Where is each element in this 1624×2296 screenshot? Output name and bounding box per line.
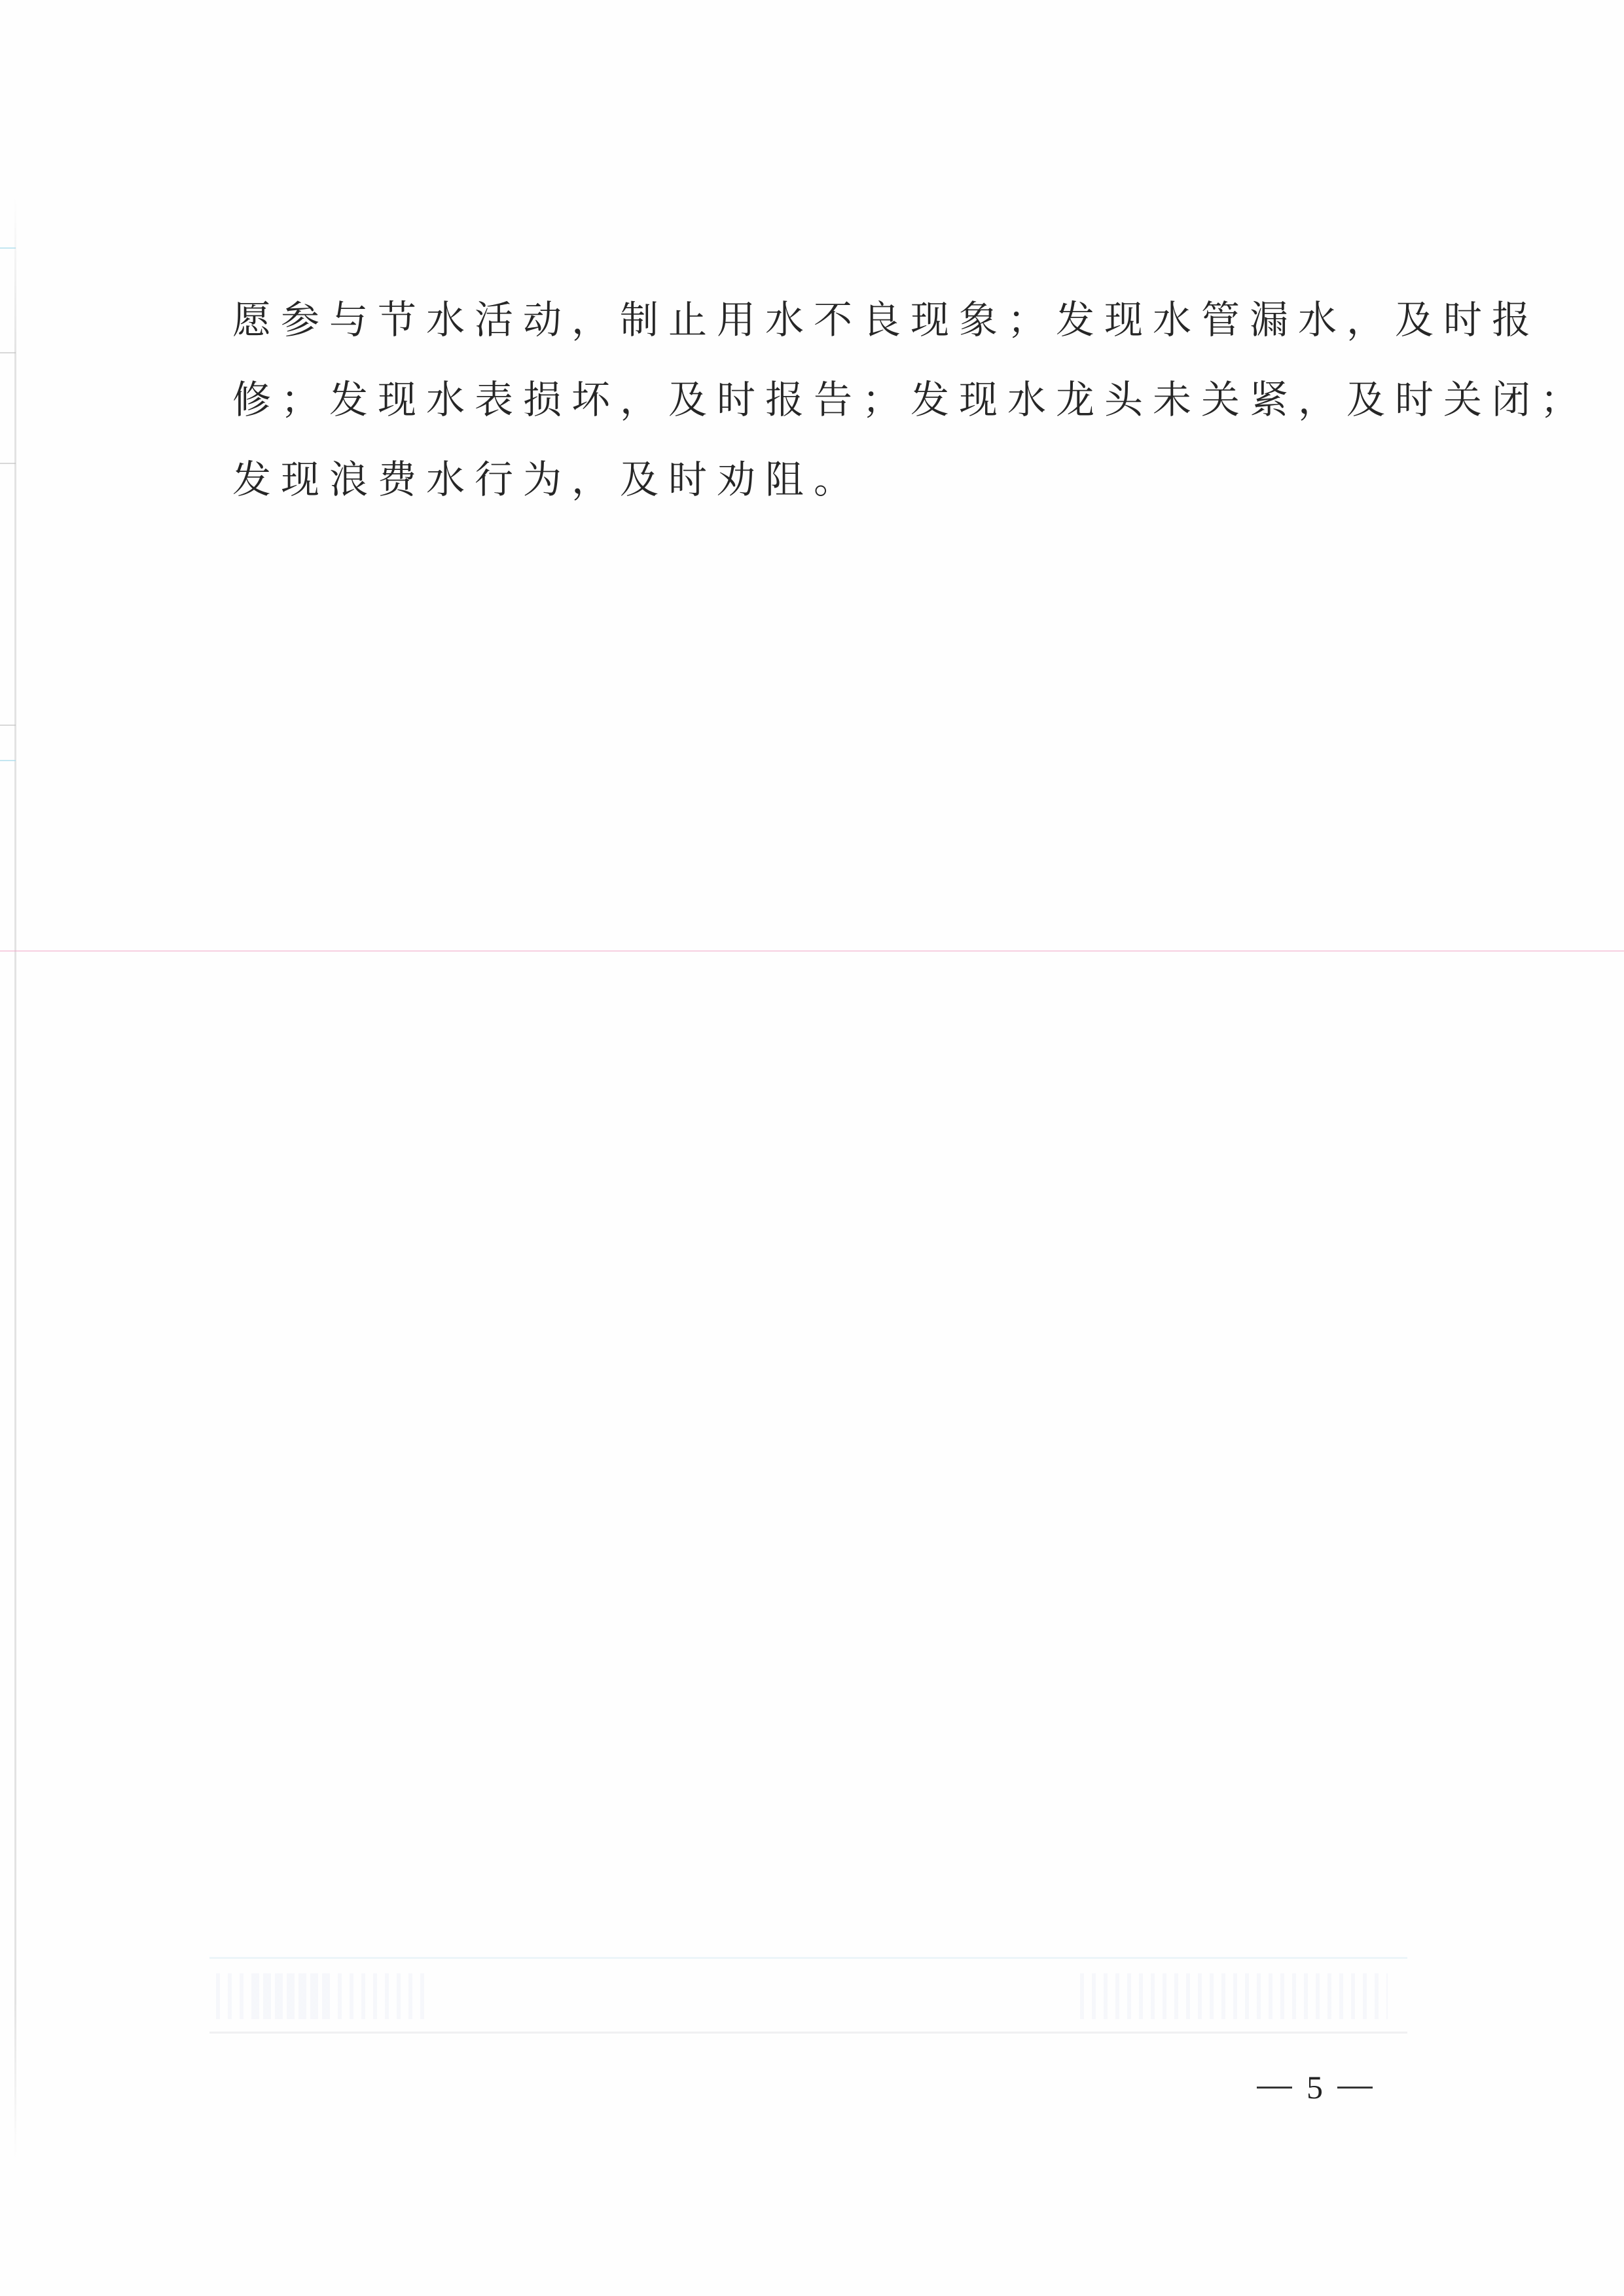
scan-margin-mark bbox=[0, 247, 16, 249]
page-number-value: 5 bbox=[1307, 2068, 1323, 2106]
scan-margin-mark bbox=[0, 463, 16, 464]
show-through-rule-top bbox=[209, 1957, 1407, 1959]
page-number: 5 bbox=[1257, 2068, 1373, 2106]
page-number-dash-right bbox=[1337, 2087, 1373, 2089]
fold-line bbox=[0, 950, 1624, 952]
body-line-2: 修；发现水表损坏，及时报告；发现水龙头未关紧，及时关闭； bbox=[232, 360, 1430, 440]
scan-margin-mark bbox=[0, 760, 16, 761]
page-number-dash-left bbox=[1257, 2087, 1292, 2089]
body-paragraph: 愿参与节水活动，制止用水不良现象；发现水管漏水，及时报 修；发现水表损坏，及时报… bbox=[232, 280, 1430, 520]
body-line-3: 发现浪费水行为，及时劝阻。 bbox=[232, 440, 1430, 520]
show-through-text bbox=[1080, 1973, 1388, 2019]
show-through-rule-bottom bbox=[209, 2032, 1407, 2034]
scan-margin-mark bbox=[0, 725, 16, 726]
show-through-text bbox=[255, 1973, 432, 2019]
scan-margin-mark bbox=[0, 352, 16, 353]
body-line-1: 愿参与节水活动，制止用水不良现象；发现水管漏水，及时报 bbox=[232, 280, 1430, 360]
scan-edge-line bbox=[14, 196, 16, 2160]
document-page: 愿参与节水活动，制止用水不良现象；发现水管漏水，及时报 修；发现水表损坏，及时报… bbox=[0, 0, 1624, 2296]
